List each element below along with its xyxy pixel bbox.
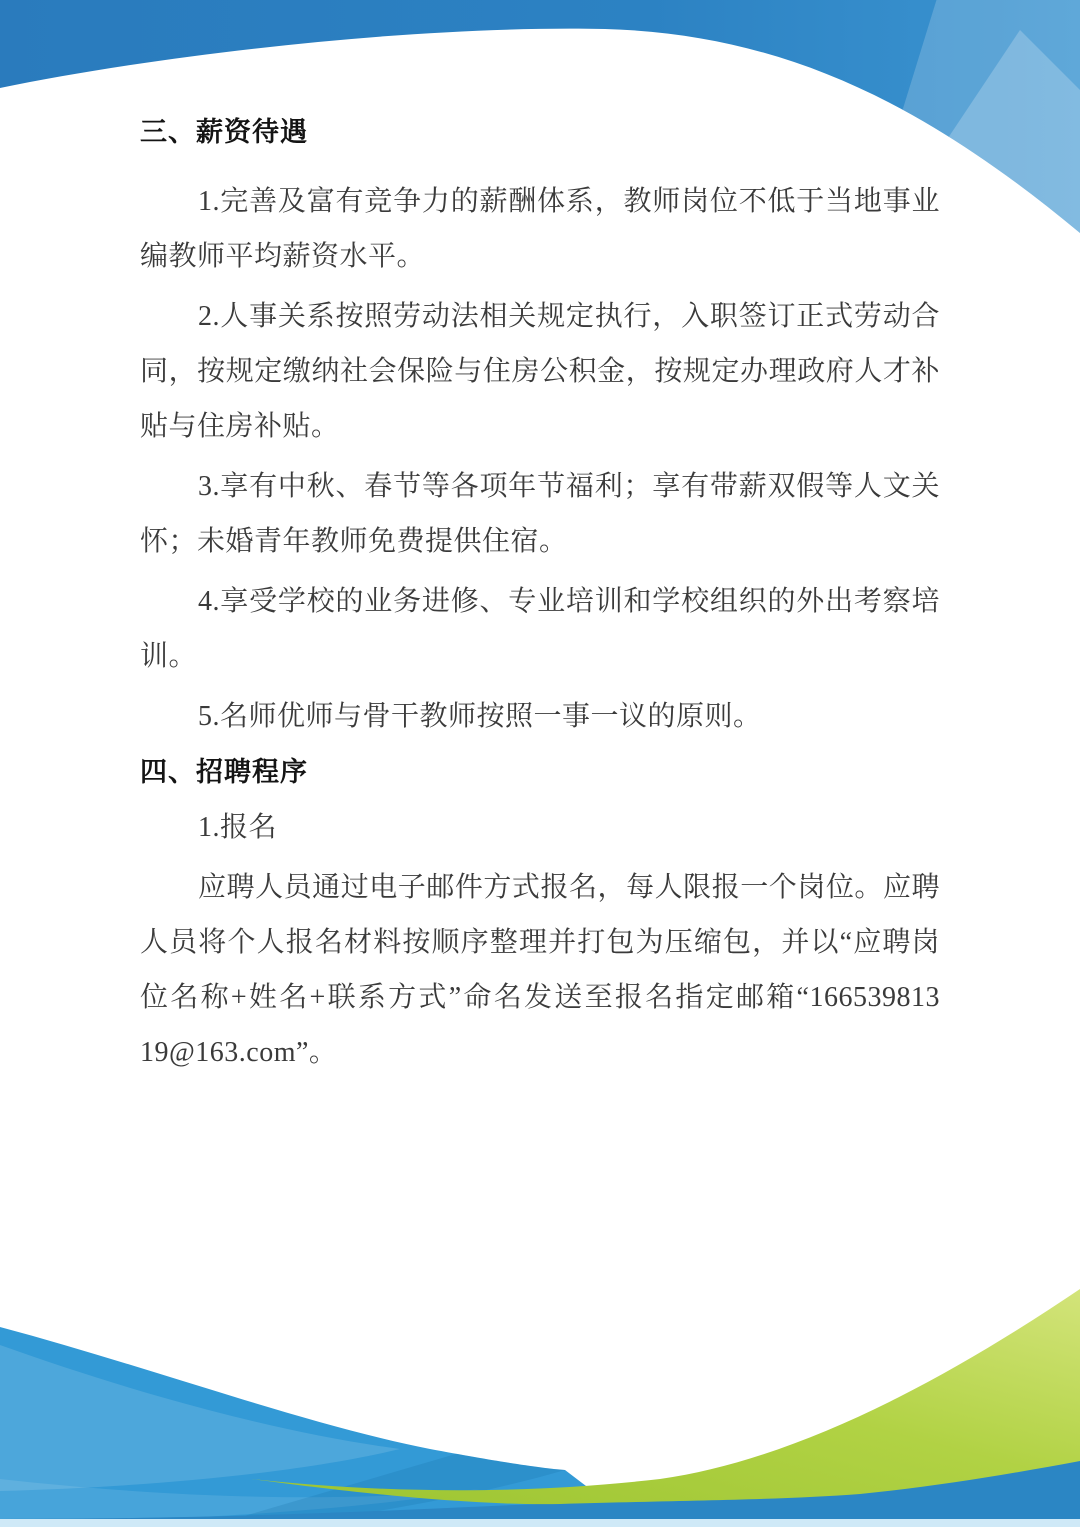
text-line: 贴与住房补贴。 — [140, 399, 940, 454]
section-heading-salary: 三、薪资待遇 — [140, 112, 940, 152]
page: 三、薪资待遇 1.完善及富有竞争力的薪酬体系，教师岗位不低于当地事业 编教师平均… — [0, 0, 1080, 1527]
text-line: 2.人事关系按照劳动法相关规定执行，入职签订正式劳动合 — [140, 289, 940, 344]
text-line: 编教师平均薪资水平。 — [140, 229, 940, 284]
bottom-wave-decoration — [0, 1227, 1080, 1527]
bottom-green-swoosh — [252, 1289, 1080, 1504]
top-wave-highlight-tip — [940, 30, 1080, 240]
text-line: 1.报名 — [140, 800, 940, 855]
bottom-left-dark-wedge — [200, 1441, 565, 1527]
paragraph-apply-instructions: 应聘人员通过电子邮件方式报名，每人限报一个岗位。应聘 人员将个人报名材料按顺序整… — [140, 860, 940, 1080]
document-content: 三、薪资待遇 1.完善及富有竞争力的薪酬体系，教师岗位不低于当地事业 编教师平均… — [140, 112, 940, 1085]
bottom-left-blue-swoosh — [0, 1327, 640, 1527]
paragraph-salary-3: 3.享有中秋、春节等各项年节福利；享有带薪双假等人文关 怀；未婚青年教师免费提供… — [140, 459, 940, 569]
text-line-email: 19@163.com”。 — [140, 1025, 940, 1080]
text-line: 4.享受学校的业务进修、专业培训和学校组织的外出考察培 — [140, 574, 940, 629]
text-line: 同，按规定缴纳社会保险与住房公积金，按规定办理政府人才补 — [140, 344, 940, 399]
bottom-left-highlight-lower — [0, 1479, 480, 1524]
paragraph-salary-4: 4.享受学校的业务进修、专业培训和学校组织的外出考察培 训。 — [140, 574, 940, 684]
paragraph-salary-5: 5.名师优师与骨干教师按照一事一议的原则。 — [140, 689, 940, 744]
text-line: 人员将个人报名材料按顺序整理并打包为压缩包，并以“应聘岗 — [140, 915, 940, 970]
text-line: 1.完善及富有竞争力的薪酬体系，教师岗位不低于当地事业 — [140, 174, 940, 229]
paragraph-apply-title: 1.报名 — [140, 800, 940, 855]
section-heading-recruitment-process: 四、招聘程序 — [140, 752, 940, 792]
text-line: 3.享有中秋、春节等各项年节福利；享有带薪双假等人文关 — [140, 459, 940, 514]
bottom-edge-strip — [0, 1519, 1080, 1527]
paragraph-salary-1: 1.完善及富有竞争力的薪酬体系，教师岗位不低于当地事业 编教师平均薪资水平。 — [140, 174, 940, 284]
text-line: 训。 — [140, 629, 940, 684]
bottom-base-blue — [0, 1460, 1080, 1527]
paragraph-salary-2: 2.人事关系按照劳动法相关规定执行，入职签订正式劳动合 同，按规定缴纳社会保险与… — [140, 289, 940, 454]
bottom-left-highlight-upper — [0, 1345, 400, 1491]
text-line: 应聘人员通过电子邮件方式报名，每人限报一个岗位。应聘 — [140, 860, 940, 915]
text-line: 5.名师优师与骨干教师按照一事一议的原则。 — [140, 689, 940, 744]
text-line: 位名称+姓名+联系方式”命名发送至报名指定邮箱“166539813 — [140, 970, 940, 1025]
text-line: 怀；未婚青年教师免费提供住宿。 — [140, 514, 940, 569]
